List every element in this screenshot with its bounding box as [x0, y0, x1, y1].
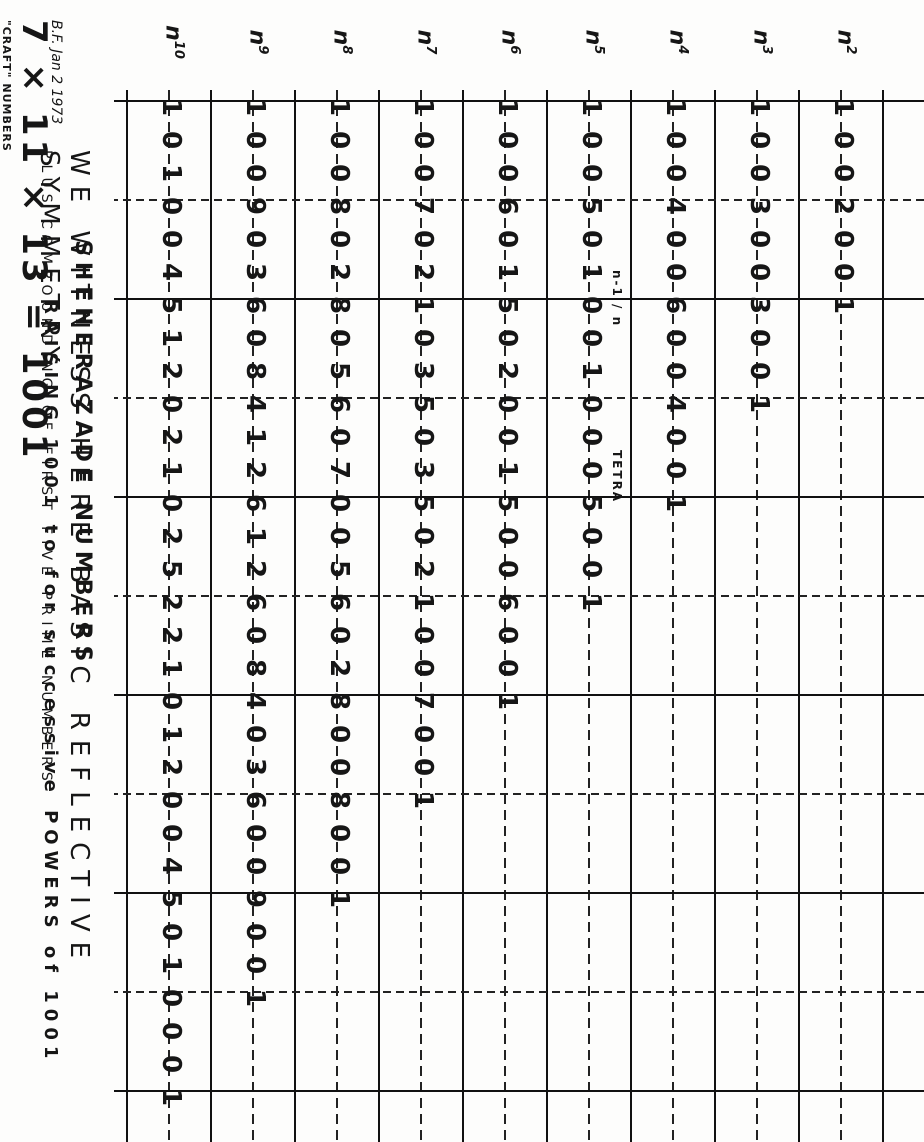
digit-cell: 0	[744, 125, 774, 155]
digit-cell: 0	[492, 125, 522, 155]
digit-cell: 0	[660, 125, 690, 155]
digit-cell: 1	[576, 257, 606, 287]
digit-cell: 1	[744, 92, 774, 122]
power-label: n6	[497, 12, 522, 72]
digit-cell: 4	[660, 191, 690, 221]
digit-cell: 2	[240, 554, 270, 584]
digit-cell: 0	[324, 620, 354, 650]
digit-cell: 0	[240, 851, 270, 881]
digit-cell: 0	[156, 1049, 186, 1079]
digit-cell: 1	[156, 158, 186, 188]
row-divider	[378, 90, 380, 1142]
digit-cell: 0	[240, 158, 270, 188]
digit-cell: 0	[576, 323, 606, 353]
digit-cell: 0	[660, 356, 690, 386]
equation: 7 × 11 × 13 = 1001	[14, 20, 54, 461]
digit-cell: 2	[156, 587, 186, 617]
digit-cell: 1	[156, 323, 186, 353]
digit-cell: 0	[492, 389, 522, 419]
digit-cell: 0	[576, 158, 606, 188]
digit-cell: 5	[156, 554, 186, 584]
digit-cell: 1	[408, 92, 438, 122]
digit-cell: 0	[660, 224, 690, 254]
digit-cell: 0	[576, 422, 606, 452]
digit-cell: 1	[156, 92, 186, 122]
digit-cell: 4	[240, 389, 270, 419]
digit-cell: 2	[240, 455, 270, 485]
digit-cell: 6	[240, 290, 270, 320]
power-label: n10	[161, 12, 186, 72]
digit-cell: 5	[576, 488, 606, 518]
fraction-note: n-1 / n	[610, 270, 624, 327]
digit-cell: 5	[156, 884, 186, 914]
digit-cell: 0	[576, 554, 606, 584]
digit-cell: 2	[156, 752, 186, 782]
digit-cell: 6	[492, 191, 522, 221]
digit-cell: 0	[408, 422, 438, 452]
digit-cell: 1	[408, 587, 438, 617]
digit-cell: 1	[324, 884, 354, 914]
digit-cell: 0	[576, 521, 606, 551]
digit-cell: 1	[408, 290, 438, 320]
digit-cell: 6	[240, 587, 270, 617]
digit-cell: 5	[576, 191, 606, 221]
power-label: n9	[245, 12, 270, 72]
digit-cell: 0	[156, 224, 186, 254]
digit-cell: 1	[408, 785, 438, 815]
row-divider	[294, 90, 296, 1142]
digit-cell: 0	[156, 686, 186, 716]
digit-cell: 0	[492, 554, 522, 584]
digit-cell: 0	[324, 818, 354, 848]
digit-cell: 0	[156, 1016, 186, 1046]
digit-cell: 0	[156, 785, 186, 815]
digit-cell: 0	[324, 158, 354, 188]
digit-cell: 2	[156, 521, 186, 551]
power-label: n2	[833, 12, 858, 72]
digit-cell: 0	[576, 389, 606, 419]
digit-cell: 0	[156, 125, 186, 155]
digit-cell: 4	[240, 686, 270, 716]
digit-cell: 4	[660, 389, 690, 419]
digit-cell: 1	[156, 455, 186, 485]
digit-cell: 4	[156, 851, 186, 881]
digit-cell: 1	[744, 389, 774, 419]
digit-cell: 6	[492, 587, 522, 617]
digit-cell: 3	[240, 752, 270, 782]
digit-cell: 6	[324, 389, 354, 419]
digit-cell: 0	[660, 257, 690, 287]
digit-cell: 5	[408, 389, 438, 419]
digit-cell: 0	[576, 290, 606, 320]
digit-cell: 0	[828, 125, 858, 155]
digit-cell: 0	[492, 620, 522, 650]
digit-cell: 0	[156, 818, 186, 848]
digit-cell: 0	[744, 323, 774, 353]
power-label: n4	[665, 12, 690, 72]
digit-cell: 1	[576, 356, 606, 386]
digit-cell: 0	[408, 719, 438, 749]
powers-table: n21002001n31003003001n41004006004001n510…	[114, 90, 924, 1142]
digit-cell: 6	[240, 488, 270, 518]
power-label: n5	[581, 12, 606, 72]
tetra-label: TETRA	[610, 450, 624, 503]
digit-cell: 0	[240, 818, 270, 848]
row-divider	[714, 90, 716, 1142]
digit-cell: 6	[324, 587, 354, 617]
digit-cell: 5	[324, 356, 354, 386]
digit-cell: 1	[156, 950, 186, 980]
digit-cell: 1	[492, 92, 522, 122]
digit-cell: 3	[408, 455, 438, 485]
digit-cell: 0	[408, 620, 438, 650]
row-divider	[882, 90, 884, 1142]
digit-cell: 0	[324, 125, 354, 155]
digit-cell: 0	[408, 224, 438, 254]
digit-cell: 0	[744, 158, 774, 188]
digit-cell: 0	[324, 719, 354, 749]
digit-cell: 8	[324, 191, 354, 221]
digit-cell: 1	[492, 257, 522, 287]
digit-cell: 1	[324, 92, 354, 122]
digit-cell: 1	[576, 587, 606, 617]
digit-cell: 0	[240, 224, 270, 254]
digit-cell: 0	[744, 257, 774, 287]
column-divider	[114, 793, 924, 795]
digit-cell: 4	[156, 257, 186, 287]
digit-cell: 0	[240, 323, 270, 353]
digit-cell: 0	[240, 719, 270, 749]
digit-cell: 2	[408, 554, 438, 584]
digit-cell: 0	[156, 191, 186, 221]
row-divider	[126, 90, 128, 1142]
digit-cell: 3	[240, 257, 270, 287]
row-divider	[630, 90, 632, 1142]
digit-cell: 0	[240, 620, 270, 650]
digit-cell: 8	[324, 686, 354, 716]
digit-cell: 0	[660, 158, 690, 188]
digit-cell: 0	[828, 224, 858, 254]
digit-cell: 0	[492, 653, 522, 683]
digit-cell: 0	[408, 158, 438, 188]
digit-cell: 0	[660, 455, 690, 485]
digit-cell: 1	[240, 422, 270, 452]
digit-cell: 0	[324, 323, 354, 353]
digit-cell: 9	[240, 191, 270, 221]
digit-cell: 0	[324, 521, 354, 551]
power-label: n7	[413, 12, 438, 72]
digit-cell: 6	[240, 785, 270, 815]
power-label: n3	[749, 12, 774, 72]
digit-cell: 5	[408, 488, 438, 518]
digit-cell: 7	[408, 191, 438, 221]
digit-cell: 2	[156, 356, 186, 386]
row-divider	[546, 90, 548, 1142]
digit-cell: 8	[324, 290, 354, 320]
digit-cell: 0	[408, 653, 438, 683]
digit-cell: 0	[324, 488, 354, 518]
digit-cell: 0	[324, 851, 354, 881]
digit-cell: 0	[492, 422, 522, 452]
digit-cell: 2	[324, 653, 354, 683]
digit-cell: 5	[324, 554, 354, 584]
digit-cell: 7	[324, 455, 354, 485]
digit-cell: 0	[492, 158, 522, 188]
digit-cell: 8	[324, 785, 354, 815]
digit-cell: 1	[156, 1082, 186, 1112]
digit-cell: 1	[828, 92, 858, 122]
digit-cell: 0	[156, 983, 186, 1013]
digit-cell: 0	[744, 356, 774, 386]
digit-cell: 0	[576, 224, 606, 254]
digit-cell: 0	[408, 125, 438, 155]
digit-cell: 0	[492, 323, 522, 353]
digit-cell: 0	[240, 950, 270, 980]
digit-cell: 1	[492, 686, 522, 716]
digit-cell: 0	[576, 455, 606, 485]
document-sheet: SHEHERAZADE NUMBERS RAISING 1001 to for …	[0, 0, 924, 1142]
digit-cell: 2	[156, 422, 186, 452]
digit-cell: 1	[492, 455, 522, 485]
digit-cell: 0	[240, 125, 270, 155]
power-label: n8	[329, 12, 354, 72]
digit-cell: 0	[828, 158, 858, 188]
digit-cell: 0	[156, 389, 186, 419]
digit-cell: 1	[156, 653, 186, 683]
digit-cell: 1	[576, 92, 606, 122]
digit-cell: 2	[324, 257, 354, 287]
digit-cell: 0	[828, 257, 858, 287]
digit-cell: 0	[408, 323, 438, 353]
digit-cell: 0	[408, 521, 438, 551]
digit-cell: 1	[240, 983, 270, 1013]
digit-cell: 5	[156, 290, 186, 320]
digit-cell: 1	[660, 92, 690, 122]
digit-cell: 3	[744, 290, 774, 320]
digit-cell: 0	[324, 224, 354, 254]
row-divider	[462, 90, 464, 1142]
column-divider	[114, 892, 924, 894]
column-divider	[114, 1090, 924, 1092]
digit-cell: 1	[156, 719, 186, 749]
digit-cell: 2	[408, 257, 438, 287]
craft-note: "CRAFT" NUMBERS	[0, 20, 13, 152]
digit-cell: 1	[240, 92, 270, 122]
digit-cell: 5	[492, 488, 522, 518]
digit-cell: 0	[408, 752, 438, 782]
row-divider	[210, 90, 212, 1142]
digit-cell: 3	[744, 191, 774, 221]
digit-cell: 0	[576, 125, 606, 155]
digit-cell: 7	[408, 686, 438, 716]
digit-cell: 2	[492, 356, 522, 386]
digit-cell: 0	[744, 224, 774, 254]
digit-cell: 0	[324, 752, 354, 782]
digit-cell: 5	[492, 290, 522, 320]
digit-cell: 1	[660, 488, 690, 518]
digit-cell: 0	[324, 422, 354, 452]
digit-cell: 2	[828, 191, 858, 221]
column-divider	[114, 991, 924, 993]
digit-cell: 0	[156, 488, 186, 518]
digit-cell: 0	[240, 917, 270, 947]
digit-cell: 6	[660, 290, 690, 320]
digit-cell: 3	[408, 356, 438, 386]
digit-cell: 0	[492, 521, 522, 551]
digit-cell: 1	[240, 521, 270, 551]
digit-cell: 0	[660, 323, 690, 353]
digit-cell: 9	[240, 884, 270, 914]
digit-cell: 8	[240, 356, 270, 386]
digit-cell: 2	[156, 620, 186, 650]
digit-cell: 0	[492, 224, 522, 254]
digit-cell: 0	[660, 422, 690, 452]
digit-cell: 8	[240, 653, 270, 683]
row-divider	[798, 90, 800, 1142]
digit-cell: 1	[828, 290, 858, 320]
digit-cell: 0	[156, 917, 186, 947]
